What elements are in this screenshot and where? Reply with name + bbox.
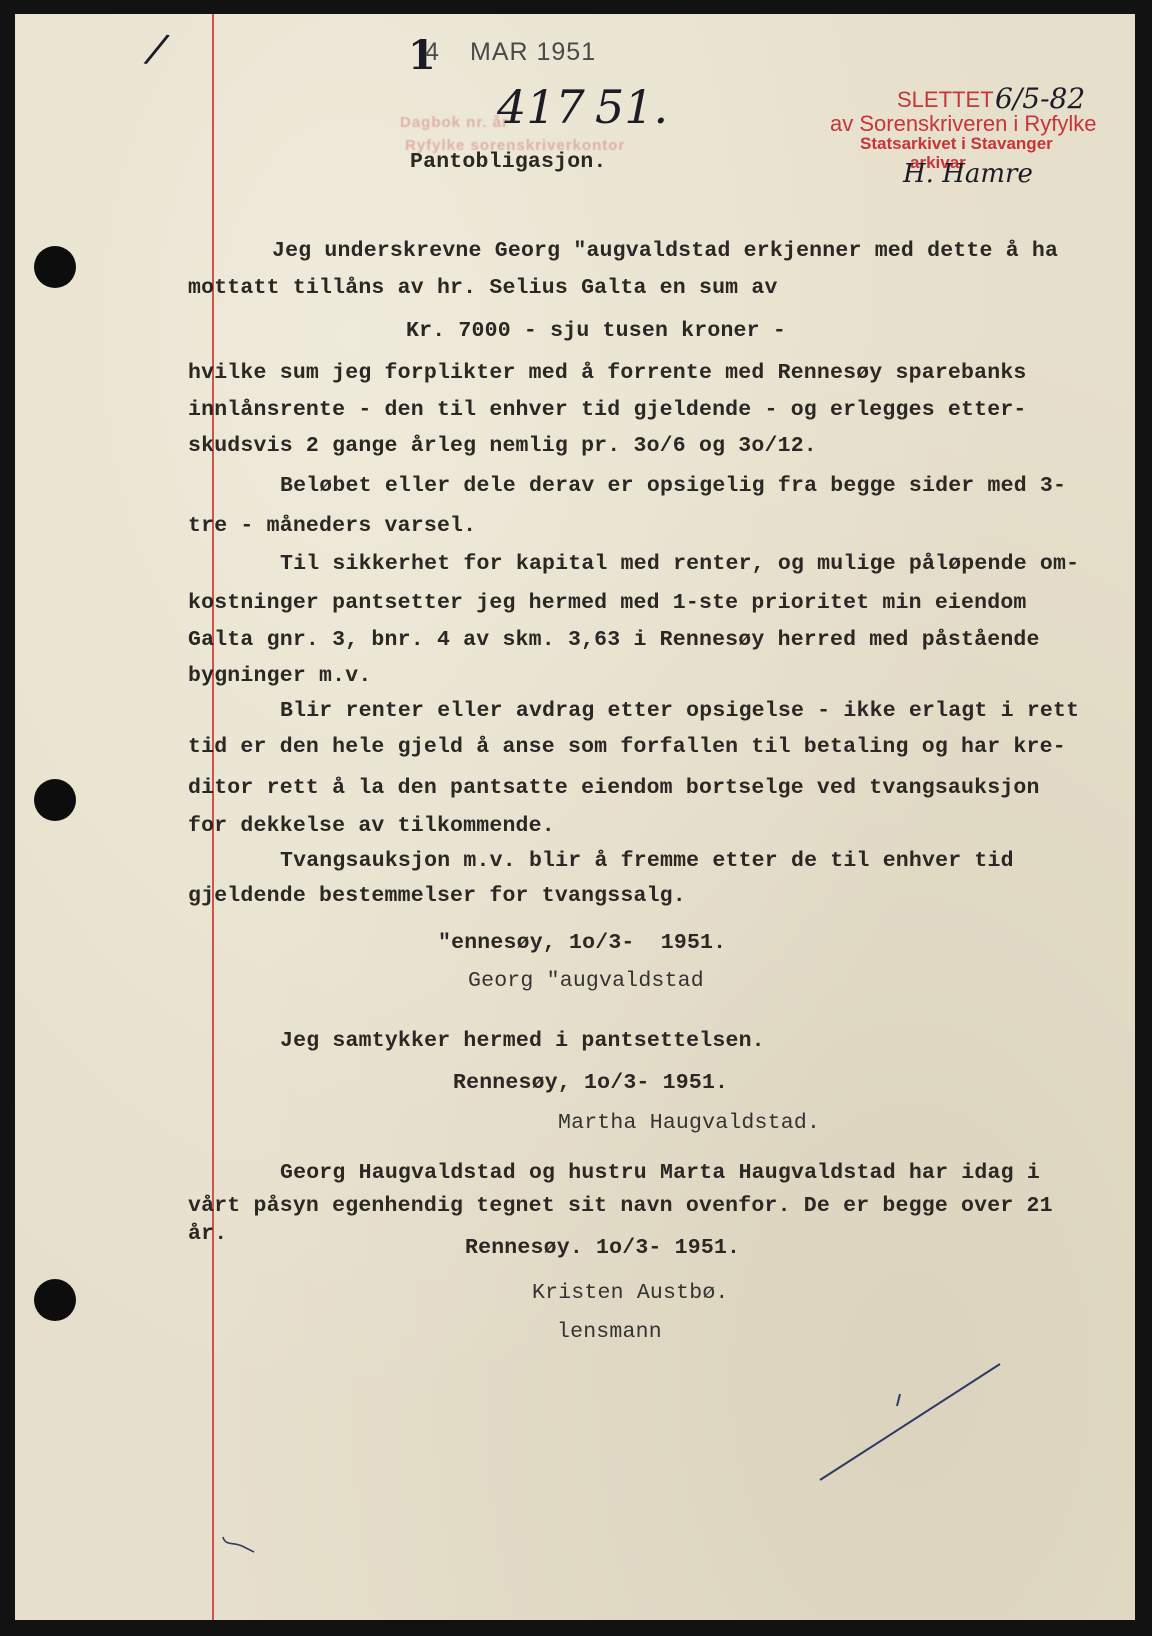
pen-stroke-mark [795, 1354, 1015, 1494]
punch-hole [34, 1279, 76, 1321]
text-line: Beløbet eller dele derav er opsigelig fr… [280, 474, 1066, 498]
text-line: Georg Haugvaldstad og hustru Marta Haugv… [280, 1161, 1040, 1185]
text-line: tre - måneders varsel. [188, 514, 476, 538]
text-line: skudsvis 2 gange årleg nemlig pr. 3o/6 o… [188, 434, 817, 458]
archive-stamp-slettet: SLETTET [897, 88, 994, 111]
faded-stamp-line1: Dagbok nr. år [400, 114, 509, 131]
archive-stamp-archive: Statsarkivet i Stavanger [860, 135, 1053, 153]
margin-pen-mark: / [145, 25, 168, 73]
text-line: tid er den hele gjeld å anse som forfall… [188, 735, 1066, 759]
text-line: innlånsrente - den til enhver tid gjelde… [188, 398, 1027, 422]
text-line: ditor rett å la den pantsatte eiendom bo… [188, 776, 1040, 800]
text-line: Til sikkerhet for kapital med renter, og… [280, 552, 1079, 576]
text-line: Jeg underskrevne Georg "augvaldstad erkj… [272, 239, 1058, 263]
received-day-stamped: 4 [425, 38, 440, 67]
text-line: for dekkelse av tilkommende. [188, 814, 555, 838]
signature-martha: Martha Haugvaldstad. [558, 1111, 820, 1135]
place-date-1: "ennesøy, 1o/3- 1951. [438, 931, 726, 955]
archive-stamp-authority: av Sorenskriveren i Ryfylke [830, 112, 1097, 135]
text-line: kostninger pantsetter jeg hermed med 1-s… [188, 591, 1027, 615]
place-date-2: Rennesøy, 1o/3- 1951. [453, 1071, 728, 1095]
place-date-3: Rennesøy. 1o/3- 1951. [465, 1236, 740, 1260]
text-line: år. [188, 1222, 227, 1246]
signature-georg: Georg "augvaldstad [468, 969, 704, 993]
text-line: vårt påsyn egenhendig tegnet sit navn ov… [188, 1194, 1053, 1218]
journal-number-handwritten: 417 [497, 80, 585, 134]
signature-kristen: Kristen Austbø. [532, 1281, 729, 1305]
loan-amount: Kr. 7000 - sju tusen kroner - [406, 319, 786, 343]
received-date-stamp: MAR 1951 [470, 38, 596, 67]
text-line: mottatt tillåns av hr. Selius Galta en s… [188, 276, 778, 300]
punch-hole [34, 779, 76, 821]
punch-hole [34, 246, 76, 288]
consent-text: Jeg samtykker hermed i pantsettelsen. [280, 1029, 765, 1053]
text-line: bygninger m.v. [188, 664, 371, 688]
document-page: / 1 4 MAR 1951 Dagbok nr. år Ryfylke sor… [15, 14, 1135, 1620]
text-line: Tvangsauksjon m.v. blir å fremme etter d… [280, 849, 1014, 873]
text-line: Blir renter eller avdrag etter opsigelse… [280, 699, 1079, 723]
text-line: Galta gnr. 3, bnr. 4 av skm. 3,63 i Renn… [188, 628, 1040, 652]
journal-year-handwritten: 51. [595, 80, 668, 134]
pen-squiggle-mark [220, 1534, 270, 1564]
archivist-signature: H. Hamre [903, 159, 1033, 189]
document-title: Pantobligasjon. [410, 150, 607, 174]
text-line: hvilke sum jeg forplikter med å forrente… [188, 361, 1027, 385]
signature-title: lensmann [557, 1320, 662, 1344]
text-line: gjeldende bestemmelser for tvangssalg. [188, 884, 686, 908]
